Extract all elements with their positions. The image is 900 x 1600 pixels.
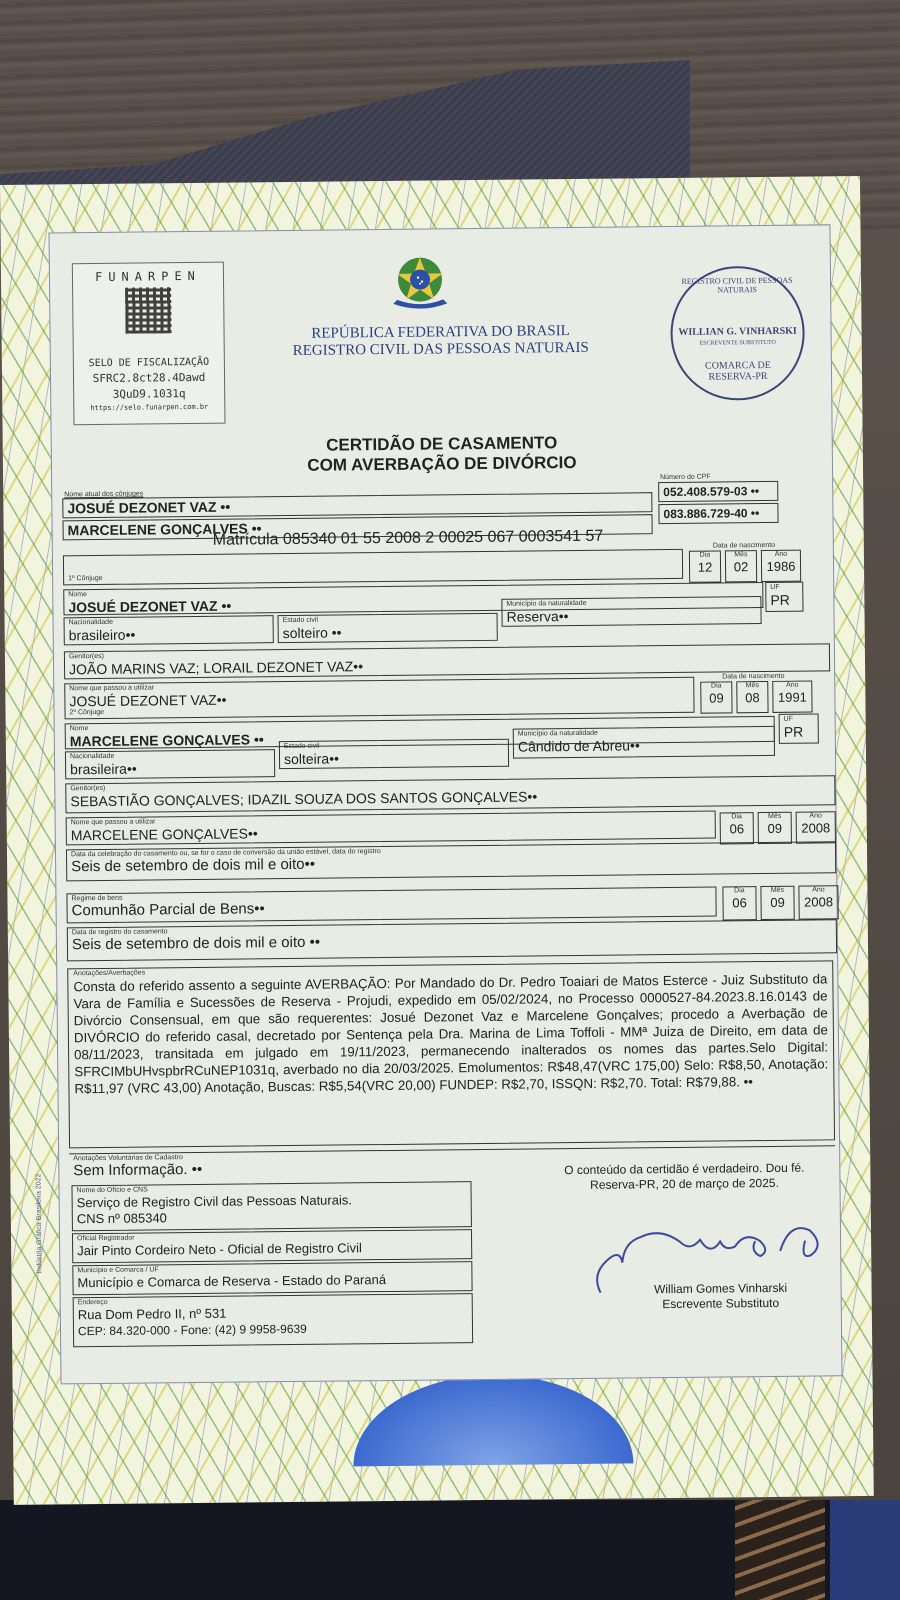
- spouse2-birth-year: Ano1991: [772, 681, 812, 713]
- spouse2-name-after: Nome que passou a utilizarMARCELENE GONÇ…: [66, 811, 716, 846]
- stamp-name: WILLIAN G. VINHARSKI: [673, 326, 803, 338]
- spouse1-nationality-value: brasileiro••: [69, 625, 269, 643]
- bag-strap: [735, 1500, 825, 1600]
- spouse1-parents: Genitor(es)JOÃO MARINS VAZ; LORAIL DEZON…: [64, 643, 830, 679]
- celebration-month: Mês09: [758, 812, 792, 844]
- document-title: CERTIDÃO DE CASAMENTO COM AVERBAÇÃO DE D…: [252, 432, 632, 476]
- stamp-comarca-2: RESERVA-PR: [673, 371, 803, 383]
- annotations-text: Consta do referido assento a seguinte AV…: [73, 970, 828, 1097]
- day-value: 06: [721, 821, 753, 837]
- month-value: 09: [759, 821, 791, 837]
- day-value: 09: [701, 690, 731, 706]
- spouse2-uf-value: PR: [784, 724, 814, 740]
- month-value: 08: [737, 690, 767, 706]
- annotations-box: Anotações/Averbações Consta do referido …: [67, 960, 835, 1148]
- signatory-role: Escrevente Substituto: [621, 1295, 821, 1312]
- dark-bag-background: [0, 1500, 900, 1600]
- cpf-spouse2-value: 083.886.729-40 ••: [663, 505, 773, 522]
- spouse1-civil-status: Estado civilsolteiro ••: [278, 613, 498, 643]
- matricula: Matrícula 085340 01 55 2008 2 00025 067 …: [213, 528, 604, 550]
- municipality-value: Município e Comarca de Reserva - Estado …: [77, 1271, 467, 1291]
- spouse1-birth-year: Ano1986: [761, 550, 801, 582]
- spouse1-section-label: 1º Cônjuge: [68, 569, 678, 583]
- spouse2-civil-status: Estado civilsolteira••: [279, 739, 509, 769]
- registration-year: Ano2008: [798, 885, 838, 919]
- celebration-date: Data da celebração do casamento ou, se f…: [66, 841, 836, 881]
- certificate-body: FUNARPEN SELO DE FISCALIZAÇÃO SFRC2.8ct2…: [49, 224, 843, 1384]
- brazil-coat-of-arms-icon: [385, 251, 456, 314]
- qr-code-icon: [125, 287, 171, 333]
- certificate-paper: FUNARPEN SELO DE FISCALIZAÇÃO SFRC2.8ct2…: [0, 176, 874, 1505]
- office-line2: CNS nº 085340: [77, 1207, 467, 1227]
- attestation-date: Reserva-PR, 20 de março de 2025.: [534, 1175, 834, 1193]
- spouse1-birth-month: Mês02: [725, 550, 757, 582]
- spouse2-birthplace-value: Cândido de Abreu••: [518, 736, 770, 755]
- attestation-line1: O conteúdo da certidão é verdadeiro. Dou…: [534, 1160, 834, 1178]
- spouse2-birth-day: Dia09: [700, 681, 732, 713]
- stamp-ring-text: REGISTRO CIVIL DE PESSOAS NATURAIS: [672, 276, 802, 295]
- seal-code-2: 3QuD9.1031q: [74, 387, 224, 402]
- spouse2-parents: Genitor(es)SEBASTIÃO GONÇALVES; IDAZIL S…: [65, 775, 835, 813]
- month-value: 09: [761, 895, 793, 911]
- year-value: 1991: [773, 690, 811, 706]
- address-line2: CEP: 84.320-000 - Fone: (42) 9 9958-9639: [78, 1319, 468, 1339]
- municipality: Município e Comarca / UFMunicípio e Coma…: [72, 1261, 472, 1295]
- registrar: Oficial RegistradorJair Pinto Cordeiro N…: [72, 1229, 472, 1263]
- funarpen-brand: FUNARPEN: [73, 269, 223, 285]
- cpf-spouse1: 052.408.579-03 ••: [658, 481, 778, 502]
- year-value: 1986: [762, 559, 800, 575]
- spouse1-civil-status-value: solteiro ••: [283, 623, 493, 641]
- month-value: 02: [726, 559, 756, 575]
- stamp-role: ESCREVENTE SUBSTITUTO: [673, 340, 803, 347]
- notary-stamp: REGISTRO CIVIL DE PESSOAS NATURAIS WILLI…: [670, 266, 805, 401]
- spouse2-uf: UFPR: [779, 713, 819, 743]
- day-value: 06: [723, 895, 755, 911]
- cpf-spouse2: 083.886.729-40 ••: [658, 503, 778, 524]
- spouse1-section: 1º Cônjuge: [63, 549, 683, 585]
- spouse1-birth-day: Dia12: [689, 550, 721, 582]
- spouse2-birthplace: Município da naturalidadeCândido de Abre…: [513, 726, 775, 759]
- year-value: 2008: [799, 894, 837, 910]
- spouse1-birthplace: Município da naturalidadeReserva••: [501, 596, 761, 627]
- spouse1-nationality: Nacionalidadebrasileiro••: [64, 615, 274, 645]
- seal-url: https://selo.funarpen.com.br: [74, 403, 224, 413]
- spouse2-birth-month: Mês08: [736, 681, 768, 713]
- seal-code-1: SFRC2.8ct28.4Dawd: [74, 371, 224, 386]
- spouse1-uf-value: PR: [770, 592, 798, 608]
- spouse1-uf: UFPR: [765, 582, 803, 612]
- spouse2-nationality: Nacionalidadebrasileira••: [65, 749, 275, 779]
- address: Endereço Rua Dom Pedro II, nº 531 CEP: 8…: [73, 1293, 474, 1347]
- spouse1-birthplace-value: Reserva••: [506, 606, 756, 625]
- attestation: O conteúdo da certidão é verdadeiro. Dou…: [534, 1160, 834, 1193]
- spouse2-nationality-value: brasileira••: [70, 759, 270, 777]
- day-value: 12: [690, 559, 720, 575]
- header-line2: REGISTRO CIVIL DAS PESSOAS NATURAIS: [251, 339, 631, 360]
- current-name-spouse1-value: JOSUÉ DEZONET VAZ ••: [67, 494, 647, 516]
- spouse2-civil-status-value: solteira••: [284, 749, 504, 767]
- signatory: William Gomes Vinharski Escrevente Subst…: [621, 1280, 821, 1312]
- registration-month: Mês09: [760, 886, 794, 920]
- celebration-day: Dia06: [720, 812, 754, 844]
- printer-note: Indústria Gráfica Brasileira 2022: [35, 1174, 43, 1274]
- blue-fabric: [830, 1500, 900, 1600]
- registrar-value: Jair Pinto Cordeiro Neto - Oficial de Re…: [77, 1239, 467, 1259]
- property-regime: Regime de bensComunhão Parcial de Bens••: [66, 887, 716, 924]
- registration-day: Dia06: [722, 886, 756, 920]
- registration-date: Data de registro do casamentoSeis de set…: [67, 919, 837, 961]
- cpf-spouse1-value: 052.408.579-03 ••: [663, 483, 773, 500]
- security-rosette: [352, 1373, 633, 1466]
- stamp-comarca: COMARCA DE RESERVA-PR: [673, 360, 803, 383]
- header-title: REPÚBLICA FEDERATIVA DO BRASIL REGISTRO …: [250, 322, 630, 360]
- title-line2: COM AVERBAÇÃO DE DIVÓRCIO: [252, 452, 632, 476]
- spouse1-name-after: Nome que passou a utilizarJOSUÉ DEZONET …: [64, 677, 694, 720]
- year-value: 2008: [797, 820, 835, 836]
- office-name: Nome do Ofício e CNS Serviço de Registro…: [71, 1181, 471, 1231]
- seal-label: SELO DE FISCALIZAÇÃO: [74, 357, 224, 370]
- celebration-year: Ano2008: [796, 811, 836, 843]
- funarpen-seal: FUNARPEN SELO DE FISCALIZAÇÃO SFRC2.8ct2…: [72, 262, 226, 426]
